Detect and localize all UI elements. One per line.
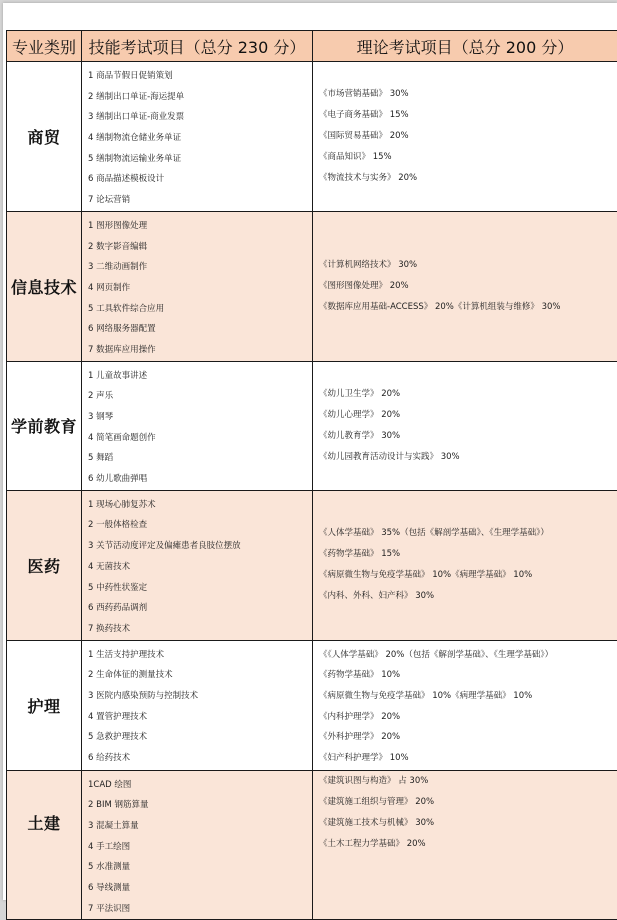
theory-item: 《《人体学基础》 20%（包括《解剖学基础》、《生理学基础》） [319, 645, 617, 666]
skill-item: 2 缮制出口单证-海运提单 [88, 87, 312, 108]
theory-item: 《市场营销基础》 30% [319, 84, 617, 105]
document-page: 专业类别 技能考试项目（总分 230 分） 理论考试项目（总分 200 分） 商… [3, 3, 617, 900]
skill-item: 7 论坛营销 [88, 190, 312, 211]
category-cell: 护理 [7, 640, 82, 770]
theory-item: 《建筑识图与构造》 占 30% [319, 771, 617, 792]
theory-item: 《外科护理学》 20% [319, 727, 617, 748]
skill-item: 4 网页制作 [88, 278, 312, 299]
skill-item: 1 生活支持护理技术 [88, 645, 312, 666]
skill-item: 1 图形图像处理 [88, 216, 312, 237]
skill-item: 5 工具软件综合应用 [88, 299, 312, 320]
skill-item: 2 一般体格检查 [88, 515, 312, 536]
table-row: 医药 1 现场心肺复苏术 2 一般体格检查 3 关节活动度评定及偏瘫患者良肢位摆… [7, 490, 617, 640]
theory-item: 《幼儿园教育活动设计与实践》 30% [319, 447, 617, 468]
theory-item: 《幼儿教育学》 30% [319, 426, 617, 447]
theory-item: 《电子商务基础》 15% [319, 105, 617, 126]
theory-item: 《妇产科护理学》 10% [319, 748, 617, 769]
skill-item: 7 数据库应用操作 [88, 340, 312, 361]
skill-item: 3 医院内感染预防与控制技术 [88, 686, 312, 707]
skill-item: 7 换药技术 [88, 619, 312, 640]
skill-item: 2 数字影音编辑 [88, 237, 312, 258]
skill-item: 4 无菌技术 [88, 557, 312, 578]
skill-item: 3 关节活动度评定及偏瘫患者良肢位摆放 [88, 536, 312, 557]
skill-item: 6 给药技术 [88, 748, 312, 769]
skill-item: 6 网络服务器配置 [88, 319, 312, 340]
skills-cell: 1 商品节假日促销策划 2 缮制出口单证-海运提单 3 缮制出口单证-商业发票 … [82, 62, 313, 212]
skill-item: 4 手工绘图 [88, 837, 312, 858]
theory-item: 《幼儿卫生学》 20% [319, 384, 617, 405]
theory-cell: 《幼儿卫生学》 20% 《幼儿心理学》 20% 《幼儿教育学》 30% 《幼儿园… [313, 361, 617, 490]
theory-cell: 《市场营销基础》 30% 《电子商务基础》 15% 《国际贸易基础》 20% 《… [313, 62, 617, 212]
theory-cell: 《计算机网络技术》 30% 《图形图像处理》 20% 《数据库应用基础-ACCE… [313, 211, 617, 361]
theory-item: 《物流技术与实务》 20% [319, 168, 617, 189]
skill-item: 7 平法识图 [88, 899, 312, 903]
theory-item: 《图形图像处理》 20% [319, 276, 617, 297]
theory-item: 《建筑施工组织与管理》 20% [319, 792, 617, 813]
skill-item: 4 简笔画命题创作 [88, 428, 312, 449]
theory-item: 《幼儿心理学》 20% [319, 405, 617, 426]
theory-item: 《内科、外科、妇产科》 30% [319, 586, 617, 607]
skill-item: 5 水准测量 [88, 857, 312, 878]
theory-cell: 《建筑识图与构造》 占 30% 《建筑施工组织与管理》 20% 《建筑施工技术与… [313, 770, 617, 903]
skill-item: 5 中药性状鉴定 [88, 578, 312, 599]
theory-item: 《土木工程力学基础》 20% [319, 834, 617, 855]
skills-cell: 1 图形图像处理 2 数字影音编辑 3 二维动画制作 4 网页制作 5 工具软件… [82, 211, 313, 361]
theory-item: 《病原微生物与免疫学基础》 10%《病理学基础》 10% [319, 565, 617, 586]
skill-item: 1 儿童故事讲述 [88, 366, 312, 387]
skill-item: 5 舞蹈 [88, 448, 312, 469]
table-header-row: 专业类别 技能考试项目（总分 230 分） 理论考试项目（总分 200 分） [7, 31, 617, 62]
table-row: 护理 1 生活支持护理技术 2 生命体征的测量技术 3 医院内感染预防与控制技术… [7, 640, 617, 770]
skill-item: 3 混凝土算量 [88, 816, 312, 837]
skill-item: 6 商品描述模板设计 [88, 169, 312, 190]
header-theory: 理论考试项目（总分 200 分） [313, 31, 617, 62]
category-cell: 商贸 [7, 62, 82, 212]
table-row: 信息技术 1 图形图像处理 2 数字影音编辑 3 二维动画制作 4 网页制作 5… [7, 211, 617, 361]
skill-item: 5 急救护理技术 [88, 727, 312, 748]
theory-item: 《建筑施工技术与机械》 30% [319, 813, 617, 834]
category-cell: 信息技术 [7, 211, 82, 361]
category-cell: 土建 [7, 770, 82, 903]
table-row: 学前教育 1 儿童故事讲述 2 声乐 3 钢琴 4 简笔画命题创作 5 舞蹈 6… [7, 361, 617, 490]
theory-cell: 《人体学基础》 35%（包括《解剖学基础》、《生理学基础》） 《药物学基础》 1… [313, 490, 617, 640]
exam-subjects-table: 专业类别 技能考试项目（总分 230 分） 理论考试项目（总分 200 分） 商… [6, 30, 617, 903]
skills-cell: 1CAD 绘图 2 BIM 钢筋算量 3 混凝土算量 4 手工绘图 5 水准测量… [82, 770, 313, 903]
theory-item: 《药物学基础》 15% [319, 544, 617, 565]
table-row: 商贸 1 商品节假日促销策划 2 缮制出口单证-海运提单 3 缮制出口单证-商业… [7, 62, 617, 212]
category-cell: 医药 [7, 490, 82, 640]
theory-item: 《国际贸易基础》 20% [319, 126, 617, 147]
skill-item: 6 西药药品调剂 [88, 598, 312, 619]
skills-cell: 1 现场心肺复苏术 2 一般体格检查 3 关节活动度评定及偏瘫患者良肢位摆放 4… [82, 490, 313, 640]
header-skills: 技能考试项目（总分 230 分） [82, 31, 313, 62]
skill-item: 6 幼儿歌曲弹唱 [88, 469, 312, 490]
skill-item: 2 BIM 钢筋算量 [88, 795, 312, 816]
table-row: 土建 1CAD 绘图 2 BIM 钢筋算量 3 混凝土算量 4 手工绘图 5 水… [7, 770, 617, 903]
theory-item: 《人体学基础》 35%（包括《解剖学基础》、《生理学基础》） [319, 523, 617, 544]
header-category: 专业类别 [7, 31, 82, 62]
skill-item: 3 二维动画制作 [88, 257, 312, 278]
skill-item: 2 声乐 [88, 386, 312, 407]
skill-item: 1 现场心肺复苏术 [88, 495, 312, 516]
theory-item: 《商品知识》 15% [319, 147, 617, 168]
skill-item: 4 置管护理技术 [88, 707, 312, 728]
skill-item: 4 缮制物流仓储业务单证 [88, 128, 312, 149]
theory-item: 《内科护理学》 20% [319, 707, 617, 728]
category-cell: 学前教育 [7, 361, 82, 490]
skill-item: 3 钢琴 [88, 407, 312, 428]
theory-item: 《药物学基础》 10% [319, 665, 617, 686]
skill-item: 2 生命体征的测量技术 [88, 665, 312, 686]
skill-item: 1 商品节假日促销策划 [88, 66, 312, 87]
skill-item: 6 导线测量 [88, 878, 312, 899]
theory-item: 《病原微生物与免疫学基础》 10%《病理学基础》 10% [319, 686, 617, 707]
skill-item: 1CAD 绘图 [88, 775, 312, 796]
skills-cell: 1 生活支持护理技术 2 生命体征的测量技术 3 医院内感染预防与控制技术 4 … [82, 640, 313, 770]
theory-item: 《计算机网络技术》 30% [319, 255, 617, 276]
skills-cell: 1 儿童故事讲述 2 声乐 3 钢琴 4 简笔画命题创作 5 舞蹈 6 幼儿歌曲… [82, 361, 313, 490]
theory-cell: 《《人体学基础》 20%（包括《解剖学基础》、《生理学基础》） 《药物学基础》 … [313, 640, 617, 770]
skill-item: 5 缮制物流运输业务单证 [88, 149, 312, 170]
skill-item: 3 缮制出口单证-商业发票 [88, 107, 312, 128]
theory-item: 《数据库应用基础-ACCESS》 20%《计算机组装与维修》 30% [319, 297, 617, 318]
